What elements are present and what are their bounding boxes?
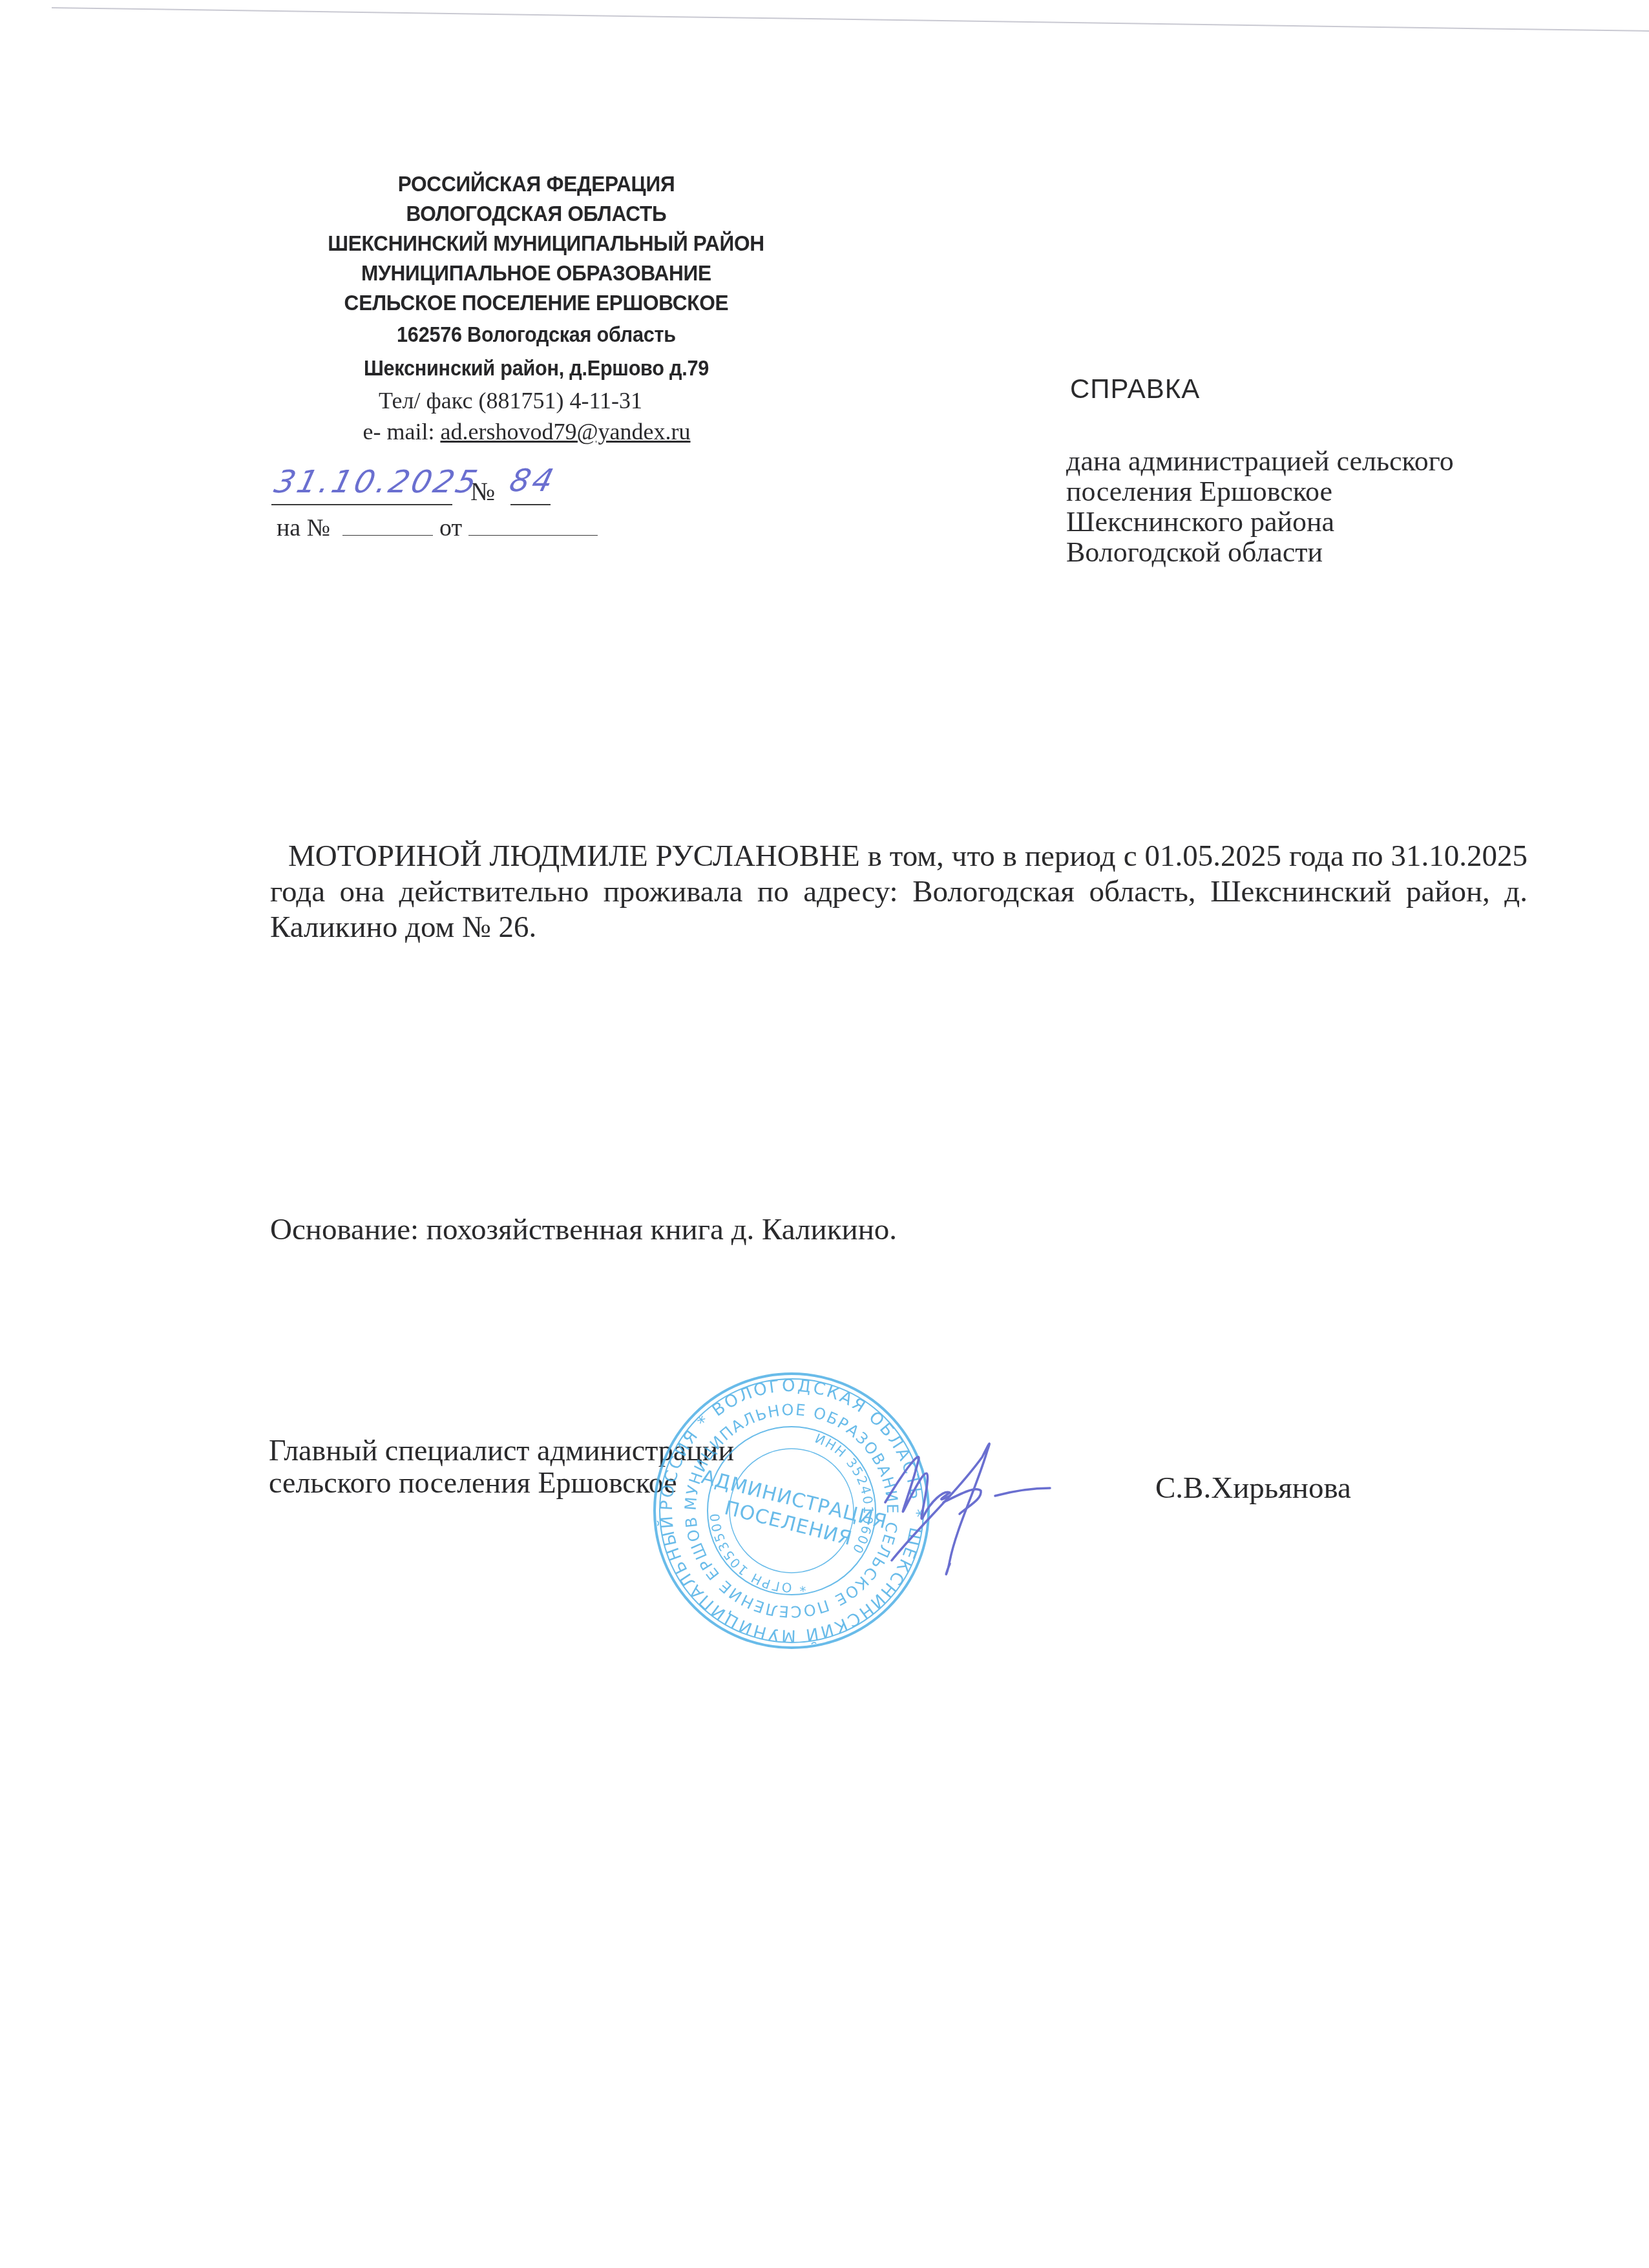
issued-by: дана администрацией сельского поселения … xyxy=(1066,446,1454,567)
handwritten-number: 84 xyxy=(506,463,560,499)
issued-by-line: поселения Ершовское xyxy=(1066,476,1454,507)
email-label: e- mail: xyxy=(362,419,440,445)
document-title: СПРАВКА xyxy=(1070,373,1200,404)
email-link[interactable]: ad.ershovod79@yandex.ru xyxy=(440,419,690,445)
letterhead-address: Шекснинский район, д.Ершово д.79 xyxy=(284,352,788,385)
registration-row: 31.10.2025 № 84 xyxy=(271,467,551,509)
letterhead-entity-name: СЕЛЬСКОЕ ПОСЕЛЕНИЕ ЕРШОВСКОЕ xyxy=(284,288,788,318)
letterhead-entity-type: МУНИЦИПАЛЬНОЕ ОБРАЗОВАНИЕ xyxy=(284,258,788,288)
letterhead-region: ВОЛОГОДСКАЯ ОБЛАСТЬ xyxy=(284,199,788,229)
reply-to-label: на № xyxy=(277,514,330,541)
letterhead-postal: 162576 Вологодская область xyxy=(284,318,788,352)
issued-by-line: Шекснинского района xyxy=(1066,507,1454,537)
issued-by-line: Вологодской области xyxy=(1066,537,1454,567)
letterhead-email-row: e- mail: ad.ershovod79@yandex.ru xyxy=(246,416,808,447)
reply-row: на № от xyxy=(277,514,598,542)
handwritten-date: 31.10.2025 xyxy=(271,464,483,500)
date-field: 31.10.2025 xyxy=(271,467,452,505)
letterhead-phone: Тел/ факс (881751) 4-11-31 xyxy=(213,385,808,416)
certificate-body: МОТОРИНОЙ ЛЮДМИЛЕ РУСЛАНОВНЕ в том, что … xyxy=(270,839,1528,945)
reply-from-label: от xyxy=(439,514,462,541)
scan-edge-line xyxy=(0,0,1649,39)
letterhead: РОССИЙСКАЯ ФЕДЕРАЦИЯ ВОЛОГОДСКАЯ ОБЛАСТЬ… xyxy=(265,169,808,447)
reply-from-field xyxy=(468,516,598,536)
document-page: РОССИЙСКАЯ ФЕДЕРАЦИЯ ВОЛОГОДСКАЯ ОБЛАСТЬ… xyxy=(0,0,1649,2268)
basis-line: Основание: похозяйственная книга д. Кали… xyxy=(270,1212,897,1247)
handwritten-signature-icon xyxy=(879,1431,1073,1580)
reply-to-field xyxy=(342,516,433,536)
letterhead-country: РОССИЙСКАЯ ФЕДЕРАЦИЯ xyxy=(284,169,788,199)
number-field: 84 xyxy=(510,467,551,505)
signer-name: С.В.Хирьянова xyxy=(1155,1471,1351,1506)
issued-by-line: дана администрацией сельского xyxy=(1066,446,1454,476)
letterhead-district: ШЕКСНИНСКИЙ МУНИЦИПАЛЬНЫЙ РАЙОН xyxy=(302,229,789,258)
